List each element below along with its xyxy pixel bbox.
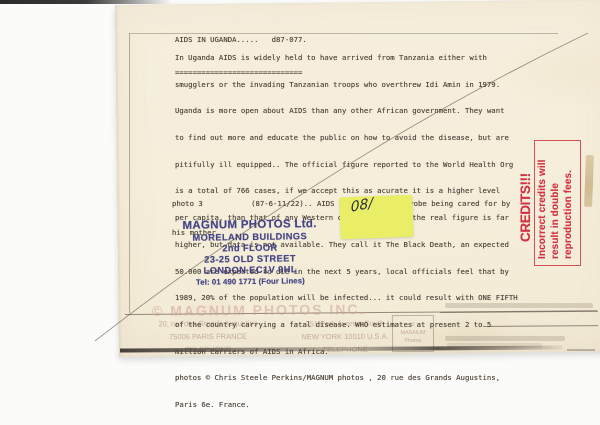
typed-line: Paris 6e. France.: [175, 401, 518, 410]
typed-line: million carriers of AIDS in Africa.: [175, 348, 518, 357]
handwritten-number: 08/: [351, 195, 373, 216]
stamp-line: MAGNUM PHOTOS Ltd.: [160, 218, 340, 234]
typed-line: Uganda is more open about AIDS than any …: [175, 107, 518, 116]
credits-line: reproduction fees.: [562, 141, 575, 259]
credits-stamp-border: Incorrect credits will result in double …: [534, 140, 581, 266]
pencil-smudge-mark: [567, 349, 595, 351]
typed-line: of the country carrying a fatal disease.…: [175, 321, 518, 330]
magnum-london-stamp: MAGNUM PHOTOS Ltd. MORELAND BUILDINGS 2n…: [160, 218, 341, 289]
typed-line: 1989, 20% of the population will be infe…: [175, 294, 518, 303]
typed-line: to find out more and educate the public …: [175, 134, 518, 143]
credits-line: Incorrect credits will: [536, 141, 549, 259]
scanner-edge-strip: [0, 0, 172, 4]
scanned-photo-back: © MAGNUM PHOTOS INC. 20, rue des Grands …: [0, 0, 600, 425]
credits-heading: CREDITS!!!: [518, 173, 533, 242]
typed-line: smugglers or the invading Tanzanian troo…: [175, 81, 518, 90]
yellow-sticker: 08/: [339, 195, 413, 240]
credits-line: result in double: [549, 141, 562, 259]
credits-warning-stamp: CREDITS!!! Incorrect credits will result…: [520, 133, 584, 267]
typed-line: In Uganda AIDS is widely held to have ar…: [175, 54, 518, 63]
typed-line: photos © Chris Steele Perkins/MAGNUM pho…: [175, 374, 518, 383]
typed-line: pitifully ill equipped.. The official fi…: [175, 161, 518, 170]
